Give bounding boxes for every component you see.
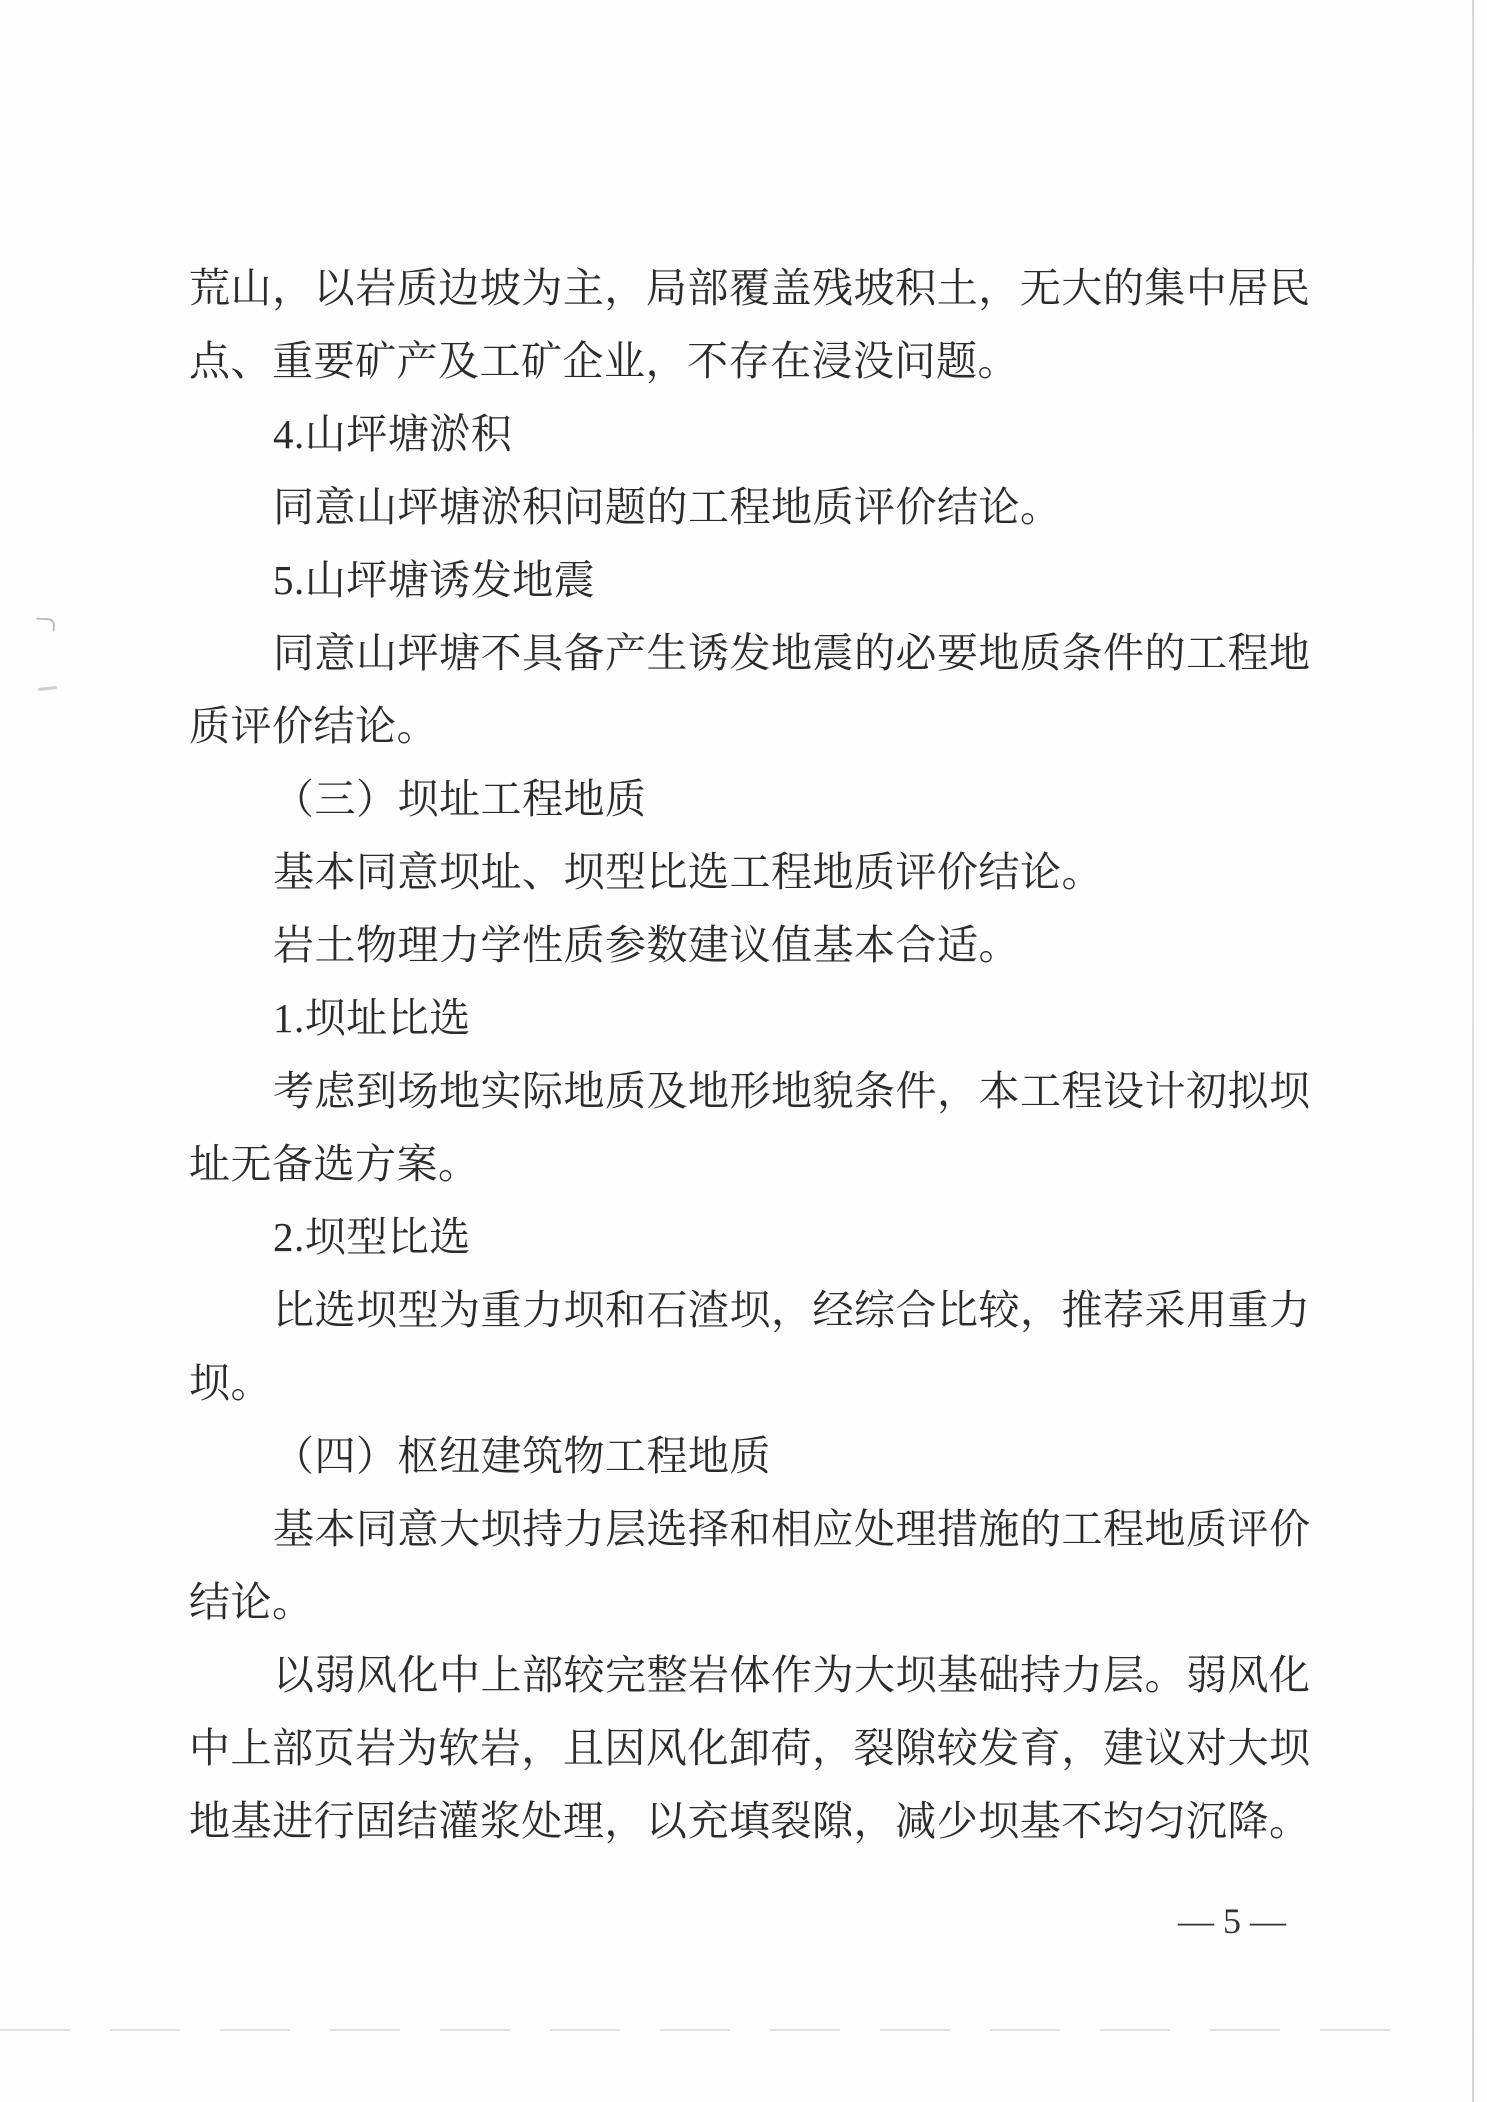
text-line: 地基进行固结灌浆处理，以充填裂隙，减少坝基不均匀沉降。: [189, 1785, 1310, 1858]
scan-bottom-horizontal-line: [0, 2029, 1402, 2031]
scan-speck-dash: [38, 686, 57, 691]
scan-edge-vertical-line: [1472, 0, 1474, 2102]
text-line: 坝。: [189, 1347, 1310, 1420]
text-line: 同意山坪塘不具备产生诱发地震的必要地质条件的工程地: [189, 617, 1310, 690]
text-line: 4.山坪塘淤积: [189, 398, 1310, 471]
text-line: 基本同意大坝持力层选择和相应处理措施的工程地质评价: [189, 1493, 1310, 1566]
text-line: 5.山坪塘诱发地震: [189, 544, 1310, 617]
text-line: 以弱风化中上部较完整岩体作为大坝基础持力层。弱风化: [189, 1639, 1310, 1712]
text-line: 2.坝型比选: [189, 1201, 1310, 1274]
text-line: 考虑到场地实际地质及地形地貌条件，本工程设计初拟坝: [189, 1055, 1310, 1128]
text-line: （四）枢纽建筑物工程地质: [189, 1420, 1310, 1493]
text-line: （三）坝址工程地质: [189, 763, 1310, 836]
text-line: 同意山坪塘淤积问题的工程地质评价结论。: [189, 471, 1310, 544]
text-line: 中上部页岩为软岩，且因风化卸荷，裂隙较发育，建议对大坝: [189, 1712, 1310, 1785]
text-line: 结论。: [189, 1566, 1310, 1639]
text-line: 质评价结论。: [189, 690, 1310, 763]
scanned-document-page: 荒山，以岩质边坡为主，局部覆盖残坡积土，无大的集中居民点、重要矿产及工矿企业，不…: [0, 0, 1487, 2102]
page-number: — 5 —: [1178, 1896, 1318, 1946]
text-line: 岩土物理力学性质参数建议值基本合适。: [189, 909, 1310, 982]
text-line: 址无备选方案。: [189, 1128, 1310, 1201]
text-block: 荒山，以岩质边坡为主，局部覆盖残坡积土，无大的集中居民点、重要矿产及工矿企业，不…: [189, 252, 1310, 1858]
text-line: 点、重要矿产及工矿企业，不存在浸没问题。: [189, 325, 1310, 398]
scan-speck-hook: [36, 618, 56, 632]
text-line: 荒山，以岩质边坡为主，局部覆盖残坡积土，无大的集中居民: [189, 252, 1310, 325]
text-line: 基本同意坝址、坝型比选工程地质评价结论。: [189, 836, 1310, 909]
text-line: 比选坝型为重力坝和石渣坝，经综合比较，推荐采用重力: [189, 1274, 1310, 1347]
text-line: 1.坝址比选: [189, 982, 1310, 1055]
